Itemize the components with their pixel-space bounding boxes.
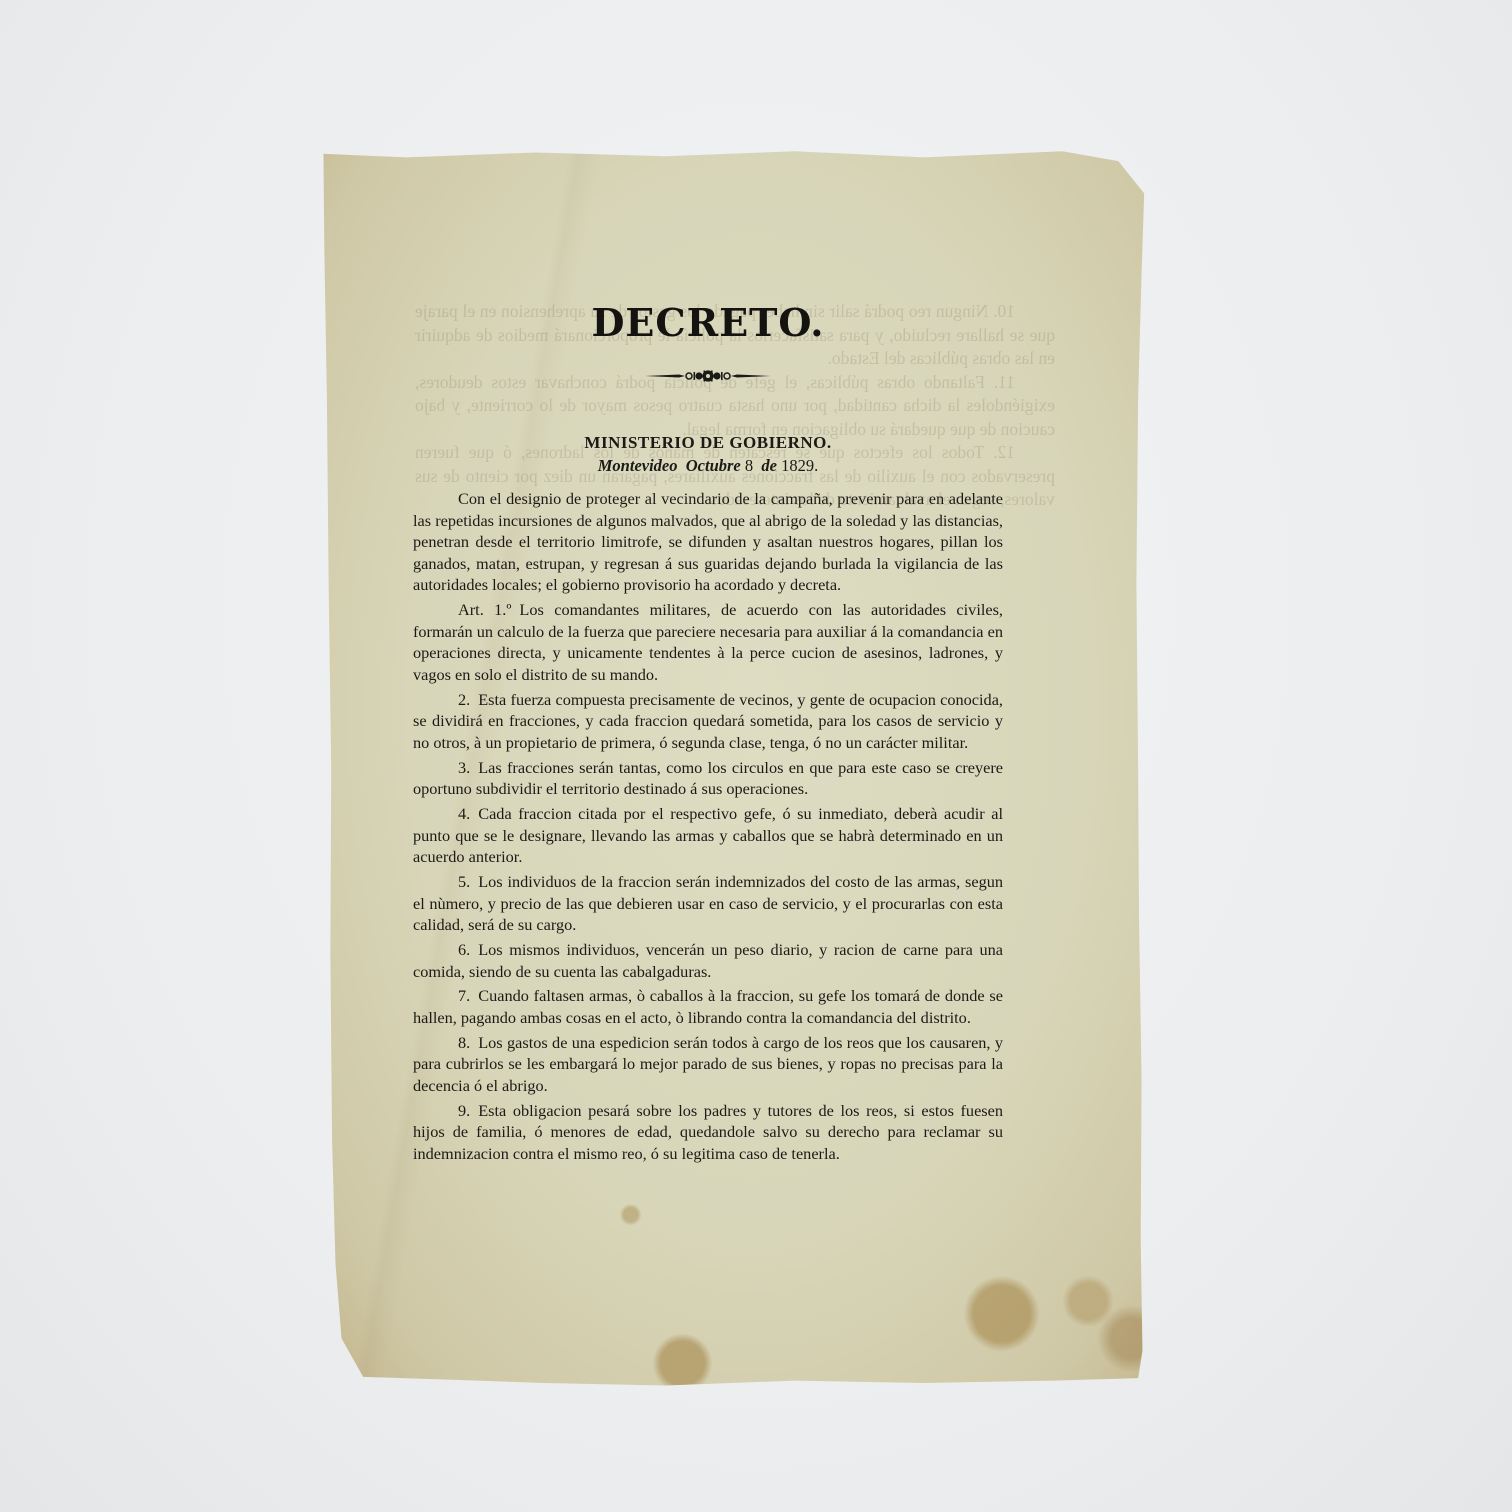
article-text: Cada fraccion citada por el respectivo g… [413,804,1003,866]
article: 7.Cuando faltasen armas, ò caballos à la… [413,985,1003,1028]
article-number: 4. [458,804,470,823]
article-text: Los individuos de la fraccion serán inde… [413,872,1003,934]
article-number: 5. [458,872,470,891]
article: 2.Esta fuerza compuesta precisamente de … [413,689,1003,754]
article-text: Los gastos de una espedicion serán todos… [413,1033,1003,1095]
article-text: Esta fuerza compuesta precisamente de ve… [413,690,1003,752]
article-text: Las fracciones serán tantas, como los ci… [413,758,1003,799]
article: 5.Los individuos de la fraccion serán in… [413,871,1003,936]
article-number: 3. [458,758,470,777]
article-text: Cuando faltasen armas, ò caballos à la f… [413,986,1003,1027]
article-number: 9. [458,1101,470,1120]
article: 6.Los mismos individuos, vencerán un pes… [413,939,1003,982]
dateline: Montevideo Octubre 8 de 1829. [413,456,1003,476]
dateline-month: Octubre [686,456,741,475]
article-text: Los mismos individuos, vencerán un peso … [413,940,1003,981]
dateline-day: 8 [745,456,753,475]
article-number: 6. [458,940,470,959]
dateline-year-prefix: de [761,456,777,475]
article: 3.Las fracciones serán tantas, como los … [413,757,1003,800]
preamble: Con el designio de proteger al vecindari… [413,488,1003,596]
ministry-heading: MINISTERIO DE GOBIERNO. [413,433,1003,453]
ornament-divider-icon [413,369,1003,383]
article: 8.Los gastos de una espedicion serán tod… [413,1032,1003,1097]
document-title: DECRETO. [413,300,1003,345]
dateline-year: 1829. [781,456,818,475]
article-number: 8. [458,1033,470,1052]
article-text: Esta obligacion pesará sobre los padres … [413,1101,1003,1163]
article: Art. 1.ºLos comandantes militares, de ac… [413,599,1003,685]
article-number: Art. 1.º [458,600,511,619]
dateline-place: Montevideo [598,456,678,475]
decree-body: Con el designio de proteger al vecindari… [413,488,1003,1165]
document-sheet: 10. Ningun reo podrá salir sin haber pag… [320,150,1183,1388]
article: 9.Esta obligacion pesará sobre los padre… [413,1100,1003,1165]
article-number: 7. [458,986,470,1005]
document-content: DECRETO. MINISTERIO DE GOBIERNO. Montevi… [413,300,1003,1168]
article-number: 2. [458,690,470,709]
article: 4.Cada fraccion citada por el respectivo… [413,803,1003,868]
